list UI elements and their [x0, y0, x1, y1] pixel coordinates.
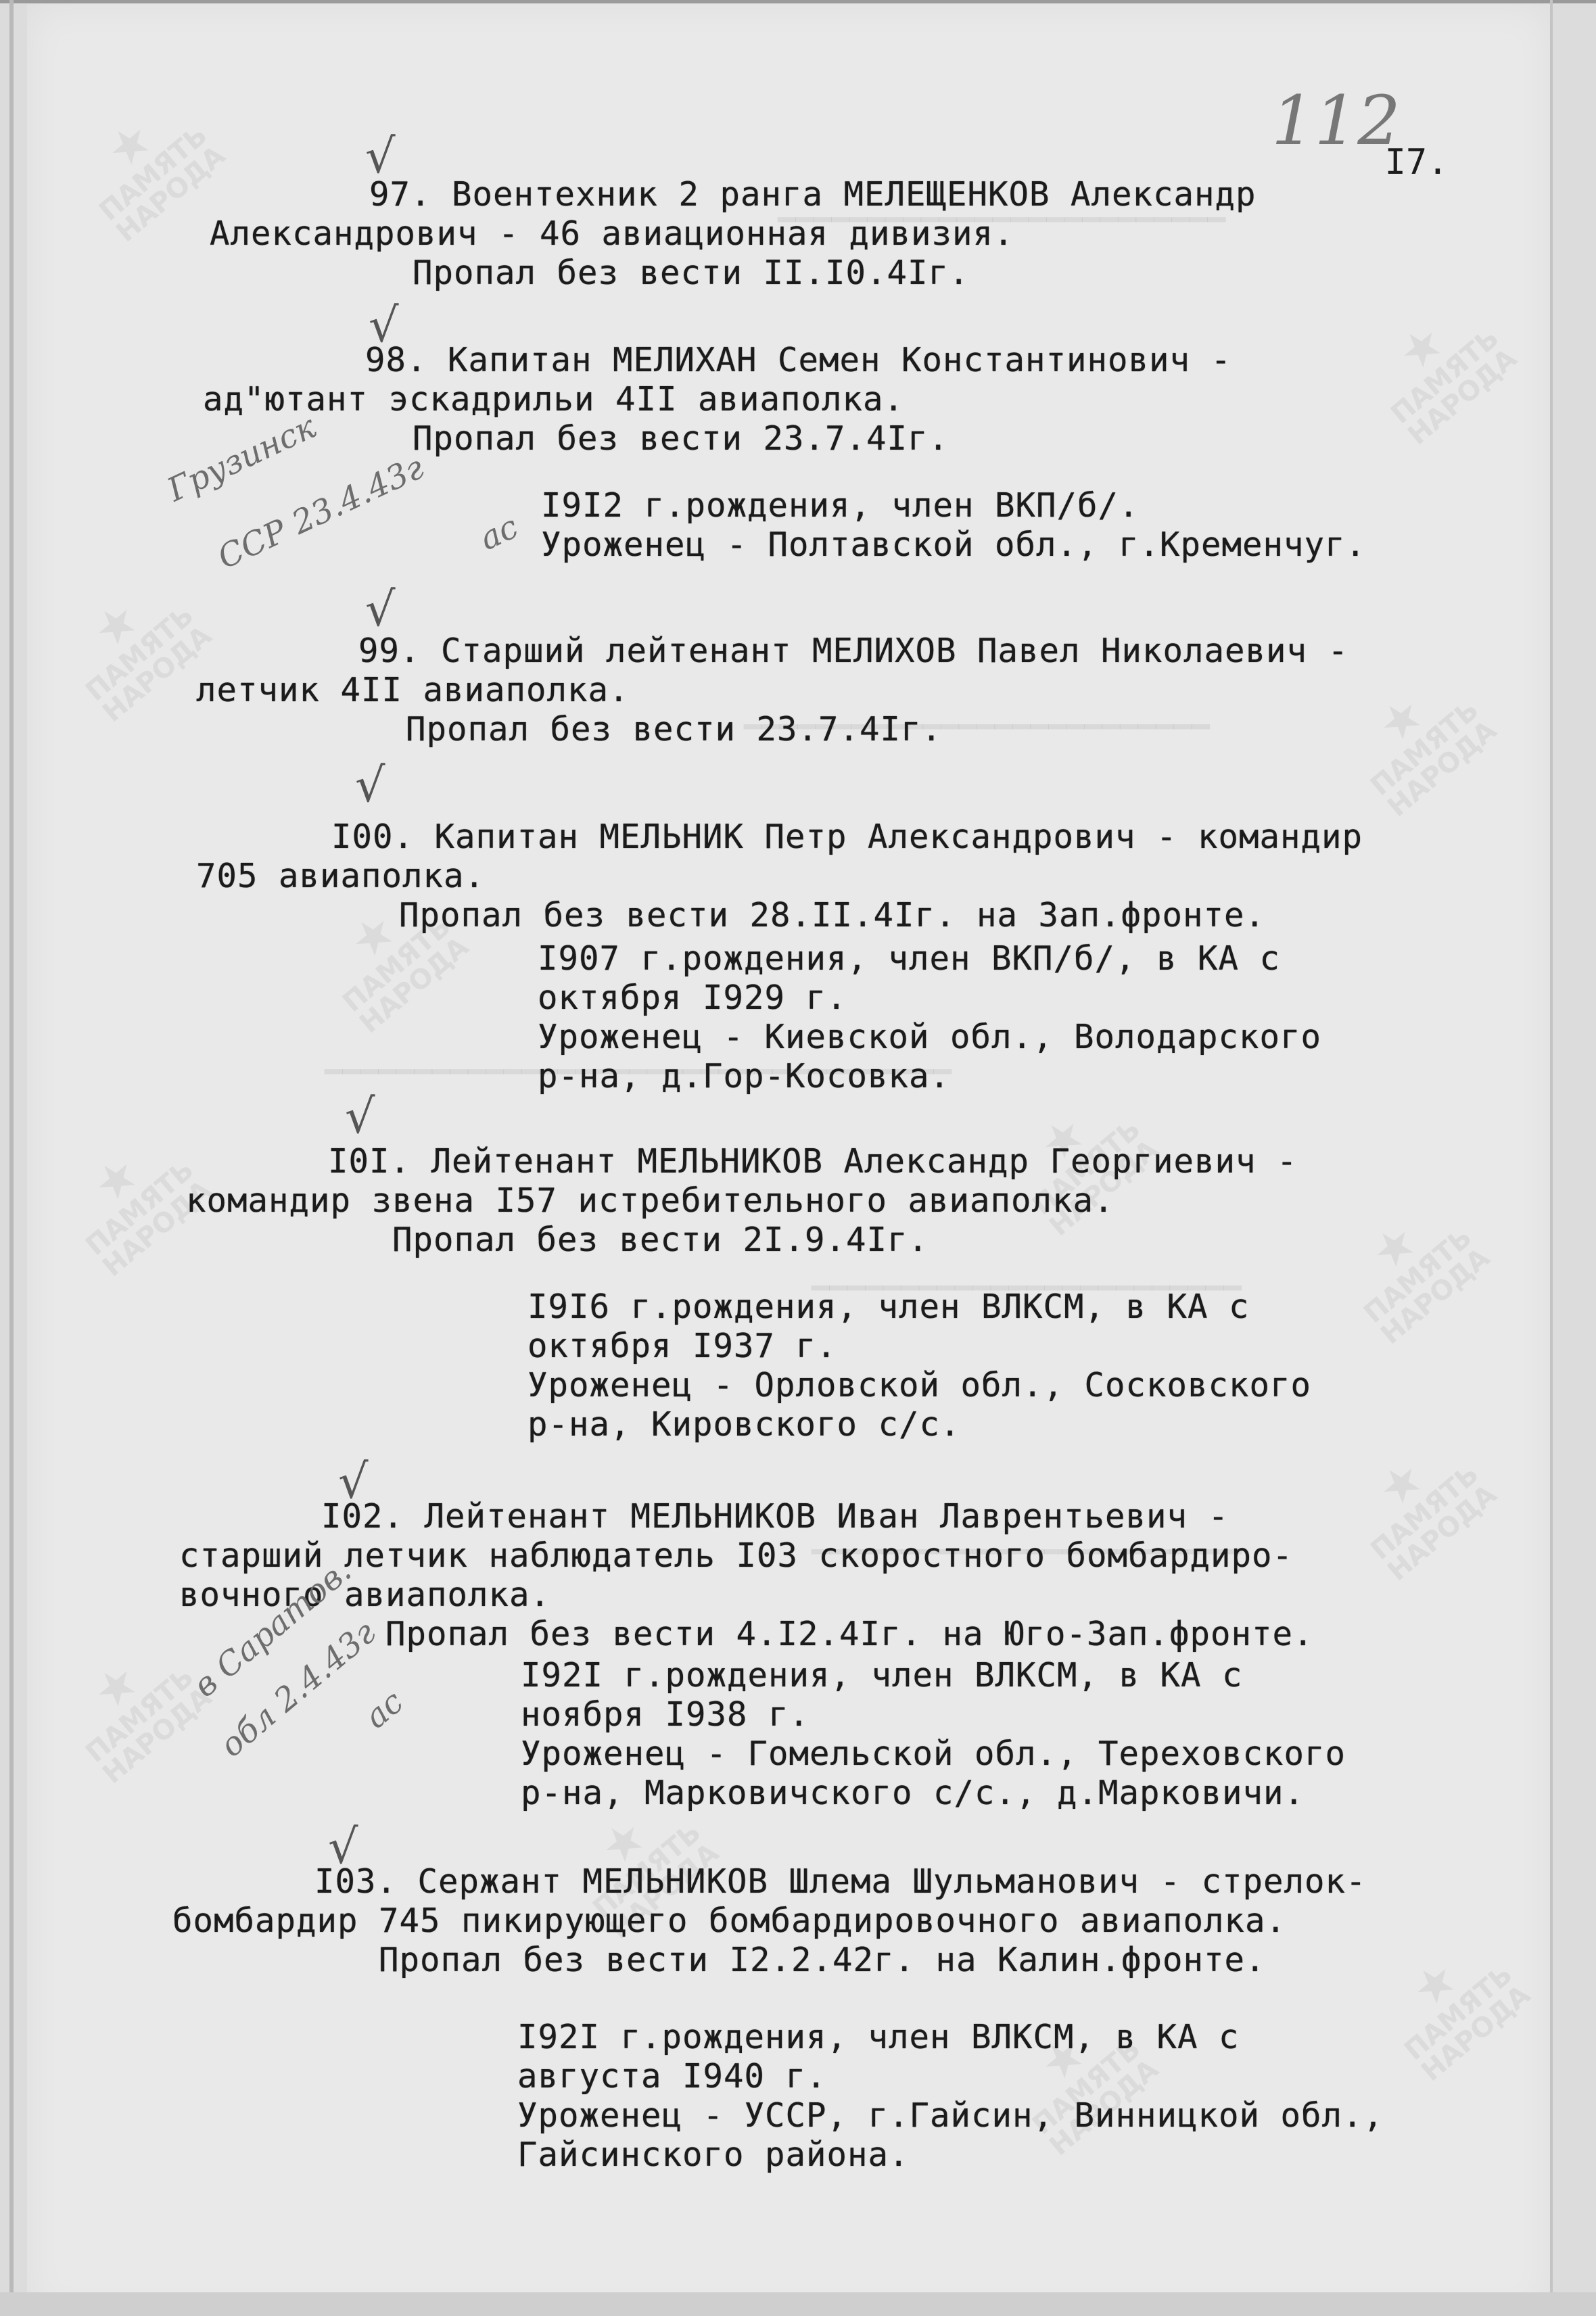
entry-text-line: командир звена I57 истребительного авиап… — [186, 1182, 1114, 1220]
checkmark-icon: √ — [345, 1089, 375, 1144]
entry-text-line: Александрович - 46 авиационная дивизия. — [210, 215, 1014, 253]
entry-heading: 97. Воентехник 2 ранга МЕЛЕЩЕНКОВ Алекса… — [369, 176, 1257, 214]
entry-detail-line: Уроженец - Гомельской обл., Тереховского — [521, 1735, 1346, 1773]
entry-detail-line: I9I6 г.рождения, член ВЛКСМ, в КА с — [527, 1288, 1250, 1326]
entry-detail-line: Уроженец - Орловской обл., Сосковского — [527, 1367, 1311, 1404]
entry-text-line: Пропал без вести 23.7.4Iг. — [406, 711, 942, 749]
entry-detail-line: октября I929 г. — [538, 979, 847, 1017]
entry-text-line: бомбардир 745 пикирующего бомбардировочн… — [172, 1902, 1286, 1940]
entry-text-line: Пропал без вести 23.7.4Iг. — [413, 420, 949, 458]
entry-heading: I03. Сержант МЕЛЬНИКОВ Шлема Шульманович… — [314, 1863, 1367, 1901]
entry-detail-line: I9I2 г.рождения, член ВКП/б/. — [541, 487, 1140, 525]
entry-detail-line: августа I940 г. — [517, 2058, 827, 2096]
entry-detail-line: I92I г.рождения, член ВЛКСМ, в КА с — [521, 1657, 1243, 1695]
checkmark-icon: √ — [365, 582, 396, 637]
scan-edge-bottom — [0, 2292, 1596, 2316]
entry-text-line: 705 авиаполка. — [196, 857, 485, 895]
checkmark-icon: √ — [355, 757, 385, 813]
scan-edge-left — [9, 0, 14, 2316]
entry-detail-line: р-на, д.Гор-Косовка. — [538, 1058, 950, 1095]
entry-detail-line: I92I г.рождения, член ВЛКСМ, в КА с — [517, 2018, 1240, 2056]
entry-detail-line: р-на, Марковичского с/с., д.Марковичи. — [521, 1774, 1305, 1812]
scan-edge-right — [1550, 0, 1553, 2316]
entry-heading: I0I. Лейтенант МЕЛЬНИКОВ Александр Георг… — [328, 1143, 1298, 1181]
entry-detail-line: ноября I938 г. — [521, 1696, 809, 1734]
entry-detail-line: р-на, Кировского с/с. — [527, 1406, 961, 1444]
entry-detail-line: I907 г.рождения, член ВКП/б/, в КА с — [538, 940, 1280, 978]
entry-text-line: вочного авиаполка. — [179, 1576, 550, 1614]
entry-heading: 98. Капитан МЕЛИХАН Семен Константинович… — [365, 341, 1231, 379]
entry-detail-line: Гайсинского района. — [517, 2136, 910, 2174]
entry-detail-line: Уроженец - Киевской обл., Володарского — [538, 1018, 1321, 1056]
entry-text-line: Пропал без вести 4.I2.4Iг. на Юго-Зап.фр… — [385, 1615, 1314, 1653]
entry-heading: I00. Капитан МЕЛЬНИК Петр Александрович … — [331, 818, 1363, 856]
entry-text-line: Пропал без вести II.I0.4Iг. — [413, 254, 970, 292]
entry-text-line: Пропал без вести 2I.9.4Iг. — [392, 1221, 929, 1259]
scan-edge-top — [0, 0, 1596, 3]
entry-text-line: Пропал без вести 28.II.4Iг. на Зап.фронт… — [399, 897, 1265, 935]
entry-detail-line: Уроженец - УССР, г.Гайсин, Винницкой обл… — [517, 2097, 1384, 2135]
entry-heading: I02. Лейтенант МЕЛЬНИКОВ Иван Лаврентьев… — [321, 1498, 1229, 1536]
entry-heading: 99. Старший лейтенант МЕЛИХОВ Павел Нико… — [358, 632, 1348, 670]
entry-text-line: летчик 4II авиаполка. — [196, 671, 630, 709]
entry-detail-line: октября I937 г. — [527, 1327, 837, 1365]
entry-detail-line: Уроженец - Полтавской обл., г.Кременчуг. — [541, 526, 1366, 564]
entry-text-line: Пропал без вести I2.2.42г. на Калин.фрон… — [379, 1941, 1266, 1979]
handwritten-folio-number: 112 — [1271, 81, 1401, 160]
